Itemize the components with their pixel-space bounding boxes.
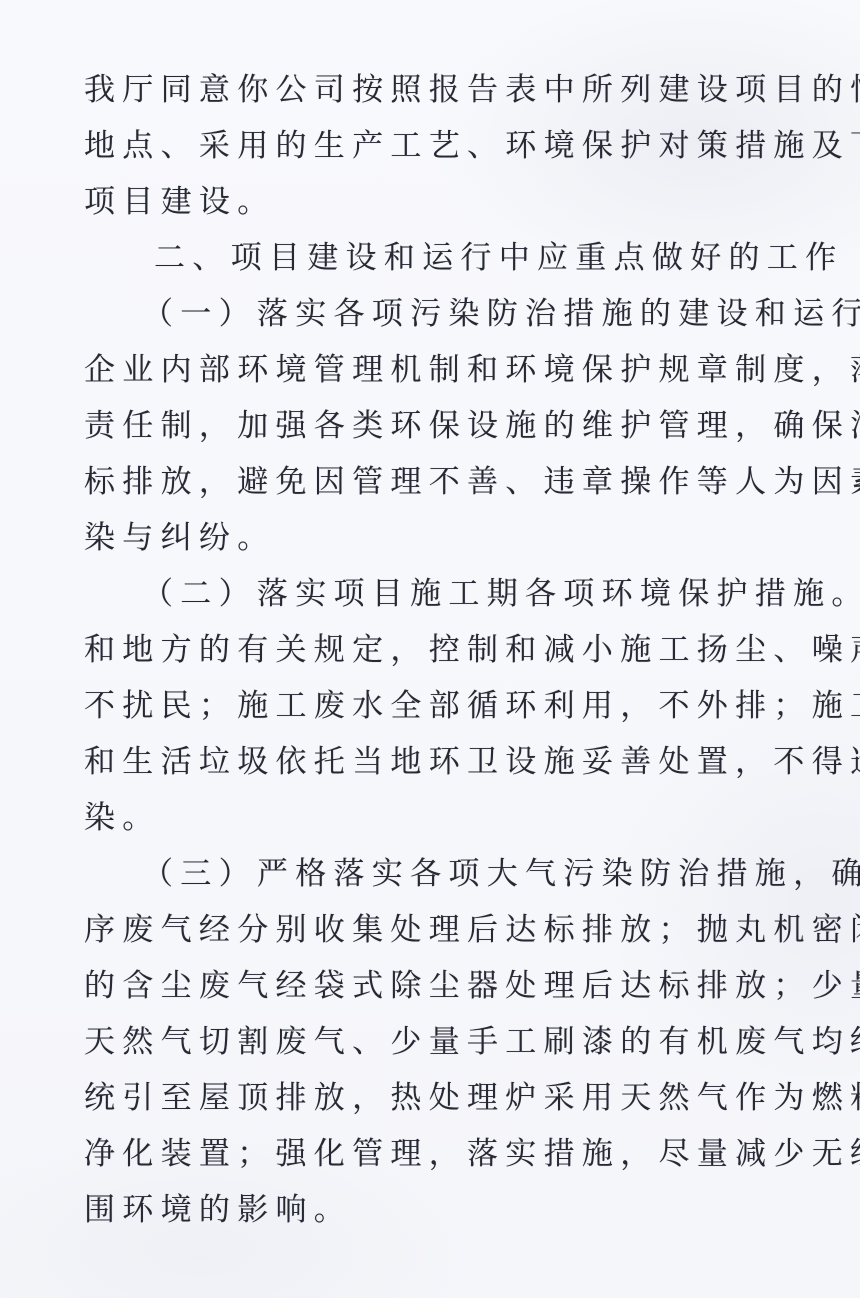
text-line: 责任制，加强各类环保设施的维护管理，确保污染物稳定达 — [84, 398, 824, 454]
text-line: 净化装置；强化管理，落实措施，尽量减少无组织排放对周 — [84, 1126, 824, 1182]
text-line: 我厅同意你公司按照报告表中所列建设项目的性质、规模、 — [84, 62, 824, 118]
text-line: 染与纠纷。 — [84, 510, 824, 566]
text-line: 天然气切割废气、少量手工刷漆的有机废气均经车间通风系 — [84, 1014, 824, 1070]
text-line: 项目建设。 — [84, 174, 824, 230]
text-line: （三）严格落实各项大气污染防治措施，确保项目各工 — [84, 846, 824, 902]
document-body: 我厅同意你公司按照报告表中所列建设项目的性质、规模、 地点、采用的生产工艺、环境… — [84, 62, 824, 1238]
paragraph-item-3: （三）严格落实各项大气污染防治措施，确保项目各工 序废气经分别收集处理后达标排放… — [84, 846, 824, 1238]
text-line: 和生活垃圾依托当地环卫设施妥善处置，不得造成二次污 — [84, 734, 824, 790]
text-line: 染。 — [84, 790, 824, 846]
paragraph-item-2: （二）落实项目施工期各项环境保护措施。严格按国家 和地方的有关规定，控制和减小施… — [84, 566, 824, 846]
text-line: （一）落实各项污染防治措施的建设和运行，建立健全 — [84, 286, 824, 342]
text-line: 和地方的有关规定，控制和减小施工扬尘、噪声污染，确保 — [84, 622, 824, 678]
text-line: 围环境的影响。 — [84, 1182, 824, 1238]
section-heading-text: 二、项目建设和运行中应重点做好的工作 — [84, 230, 824, 286]
text-line: 企业内部环境管理机制和环境保护规章制度，落实岗位环保 — [84, 342, 824, 398]
paragraph-intro: 我厅同意你公司按照报告表中所列建设项目的性质、规模、 地点、采用的生产工艺、环境… — [84, 62, 824, 230]
text-line: 不扰民；施工废水全部循环利用，不外排；施工期生活污水 — [84, 678, 824, 734]
paragraph-item-1: （一）落实各项污染防治措施的建设和运行，建立健全 企业内部环境管理机制和环境保护… — [84, 286, 824, 566]
section-heading: 二、项目建设和运行中应重点做好的工作 — [84, 230, 824, 286]
text-line: 标排放，避免因管理不善、违章操作等人为因素造成环境污 — [84, 454, 824, 510]
text-line: 统引至屋顶排放，热处理炉采用天然气作为燃料，设置油烟 — [84, 1070, 824, 1126]
text-line: 序废气经分别收集处理后达标排放；抛丸机密闭运行，产生 — [84, 902, 824, 958]
text-line: 地点、采用的生产工艺、环境保护对策措施及下述要求进行 — [84, 118, 824, 174]
text-line: （二）落实项目施工期各项环境保护措施。严格按国家 — [84, 566, 824, 622]
scanned-page: 我厅同意你公司按照报告表中所列建设项目的性质、规模、 地点、采用的生产工艺、环境… — [0, 0, 860, 1298]
text-line: 的含尘废气经袋式除尘器处理后达标排放；少量焊接烟气、 — [84, 958, 824, 1014]
